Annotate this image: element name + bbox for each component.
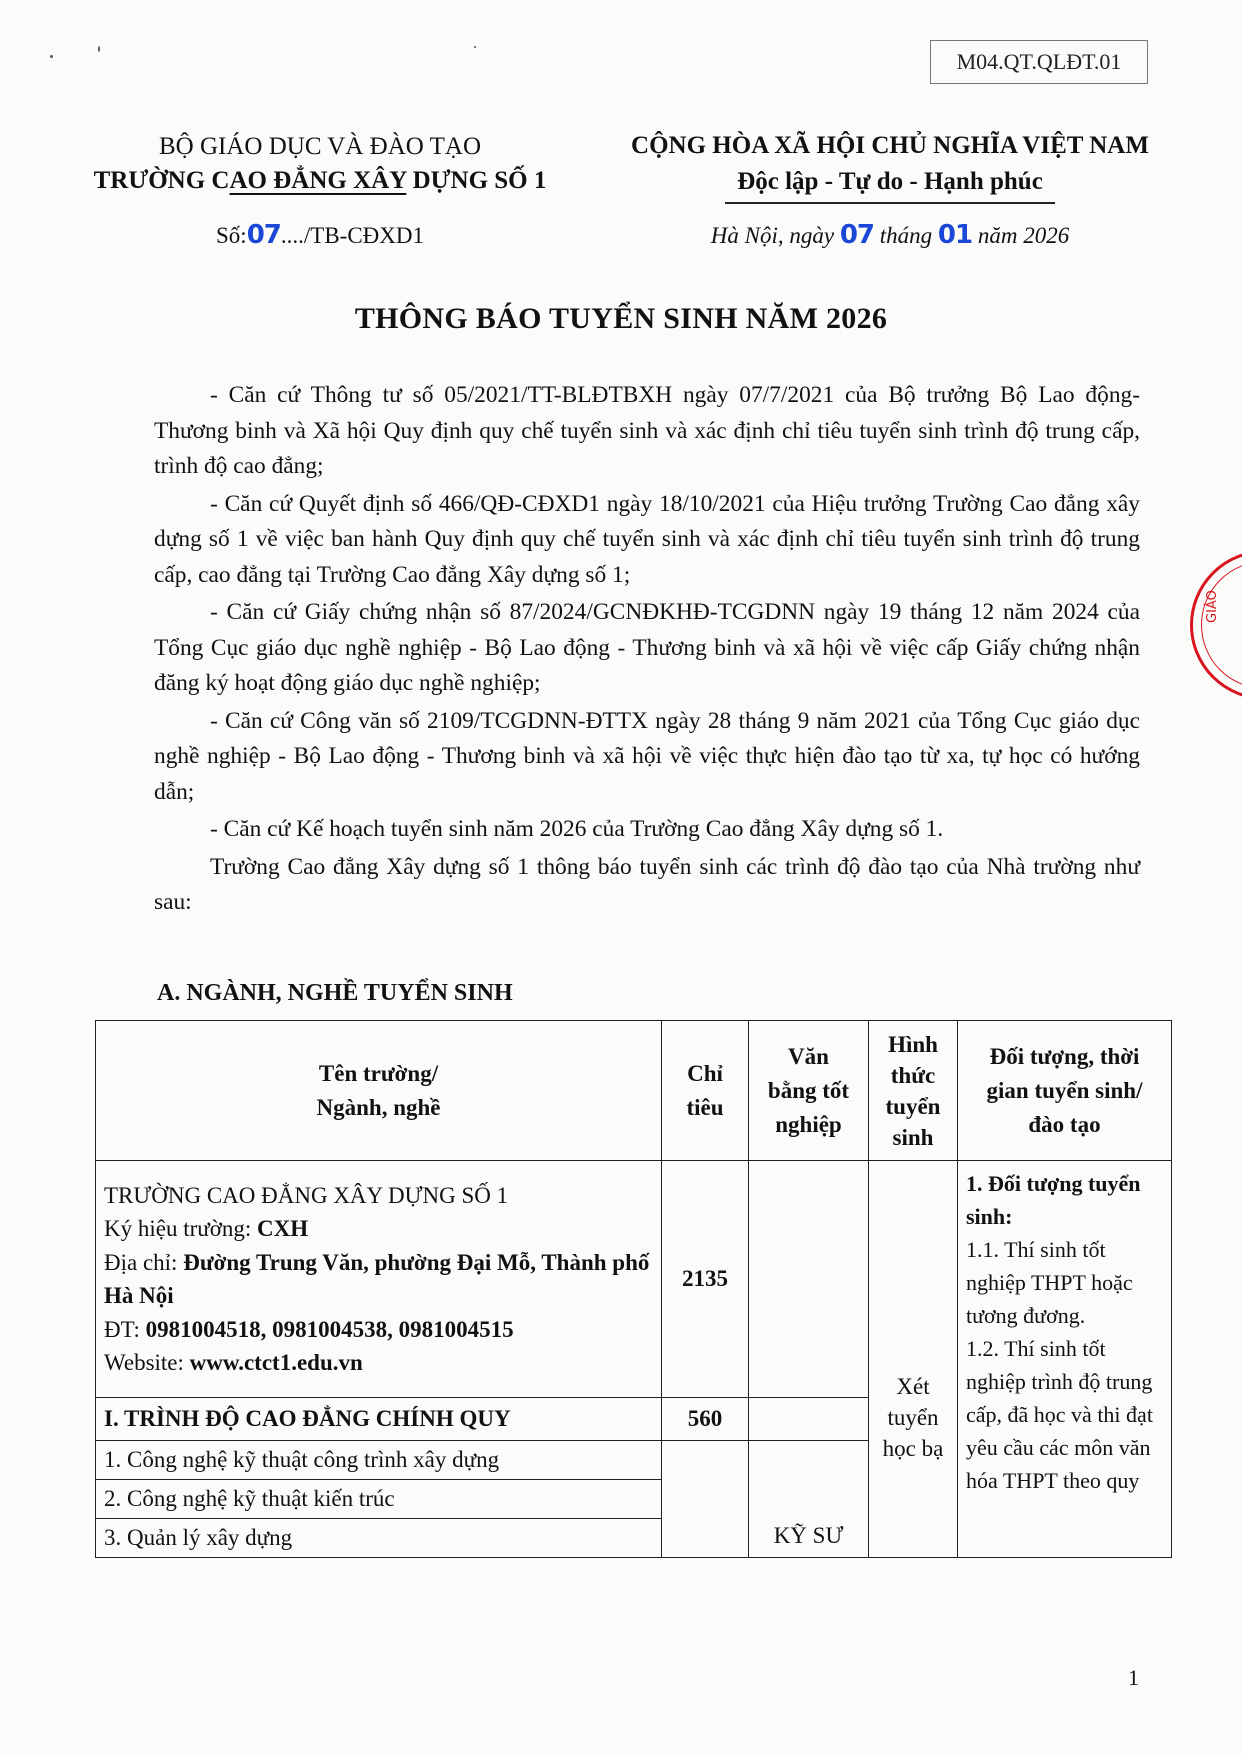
target-item: 1.1. Thí sinh tốt nghiệp THPT hoặc tương…: [966, 1233, 1163, 1332]
form-code-box: M04.QT.QLĐT.01: [930, 40, 1148, 84]
value: 0981004518, 0981004538, 0981004515: [146, 1317, 514, 1342]
school-website: Website: www.ctct1.edu.vn: [104, 1346, 653, 1380]
header-text: tiêu: [670, 1091, 740, 1125]
program-name: 2. Công nghệ kỹ thuật kiến trúc: [96, 1480, 662, 1519]
method-cell: Xét tuyển học bạ: [869, 1161, 958, 1558]
paragraph: - Căn cứ Công văn số 2109/TCGDNN-ĐTTX ng…: [154, 704, 1140, 811]
scan-speck: [50, 55, 53, 58]
school-name-part: TRƯỜNG C: [94, 167, 230, 194]
col-header-quota: Chỉtiêu: [662, 1021, 749, 1161]
col-header-method: Hìnhthứctuyểnsinh: [869, 1021, 958, 1161]
page-number: 1: [1128, 1665, 1139, 1691]
document-title: THÔNG BÁO TUYỂN SINH NĂM 2026: [0, 302, 1242, 336]
header-text: Đối tượng, thời: [966, 1040, 1163, 1074]
col-header-name: Tên trường/Ngành, nghề: [96, 1021, 662, 1161]
scan-speck: [98, 46, 100, 52]
table-header-row: Tên trường/Ngành, nghề Chỉtiêu Vănbằng t…: [96, 1021, 1172, 1161]
legal-basis-section: - Căn cứ Thông tư số 05/2021/TT-BLĐTBXH …: [154, 378, 1140, 921]
paragraph: - Căn cứ Thông tư số 05/2021/TT-BLĐTBXH …: [154, 378, 1140, 485]
paragraph: Trường Cao đẳng Xây dựng số 1 thông báo …: [154, 850, 1140, 921]
header-text: nghiệp: [757, 1108, 860, 1142]
method-text: học bạ: [877, 1433, 949, 1464]
admission-table: Tên trường/Ngành, nghề Chỉtiêu Vănbằng t…: [95, 1020, 1172, 1558]
header-text: Ngành, nghề: [104, 1091, 653, 1125]
value: CXH: [257, 1216, 308, 1241]
paragraph: - Căn cứ Kế hoạch tuyển sinh năm 2026 củ…: [154, 812, 1140, 848]
issuer-header: BỘ GIÁO DỤC VÀ ĐÀO TẠO TRƯỜNG CAO ĐẲNG X…: [60, 130, 580, 198]
section-heading-a: A. NGÀNH, NGHỀ TUYỂN SINH: [157, 980, 513, 1007]
website-link[interactable]: www.ctct1.edu.vn: [190, 1350, 363, 1375]
document-number: Số:07..../TB-CĐXD1: [60, 220, 580, 250]
level-name: I. TRÌNH ĐỘ CAO ĐẲNG CHÍNH QUY: [96, 1398, 662, 1441]
paragraph: - Căn cứ Giấy chứng nhận số 87/2024/GCNĐ…: [154, 595, 1140, 702]
target-item: 1.2. Thí sinh tốt nghiệp trình độ trung …: [966, 1332, 1163, 1497]
school-name-part: DỰNG SỐ 1: [406, 167, 546, 194]
handwritten-day: 07: [840, 220, 874, 250]
label: Website:: [104, 1350, 190, 1375]
header-text: Văn: [757, 1040, 860, 1074]
school-code: Ký hiệu trường: CXH: [104, 1212, 653, 1246]
header-text: sinh: [877, 1122, 949, 1153]
red-seal-stamp: GIÁO: [1190, 550, 1242, 700]
method-text: Xét: [877, 1371, 949, 1402]
method-text: tuyển: [877, 1402, 949, 1433]
scan-speck: [474, 46, 476, 48]
empty-cell: [749, 1161, 869, 1398]
national-header: CỘNG HÒA XÃ HỘI CHỦ NGHĨA VIỆT NAM Độc l…: [590, 128, 1190, 204]
col-header-target: Đối tượng, thờigian tuyển sinh/đào tạo: [958, 1021, 1172, 1161]
school-address: Địa chỉ: Đường Trung Văn, phường Đại Mỗ,…: [104, 1246, 653, 1313]
stamp-text: GIÁO: [1205, 590, 1220, 623]
empty-cell: [749, 1398, 869, 1441]
motto-underline: [725, 202, 1055, 204]
header-text: tuyển: [877, 1091, 949, 1122]
nation-name: CỘNG HÒA XÃ HỘI CHỦ NGHĨA VIỆT NAM: [590, 128, 1190, 164]
header-text: đào tạo: [966, 1108, 1163, 1142]
target-cell: 1. Đối tượng tuyển sinh: 1.1. Thí sinh t…: [958, 1161, 1172, 1558]
ministry-name: BỘ GIÁO DỤC VÀ ĐÀO TẠO: [60, 130, 580, 164]
date-place: Hà Nội, ngày: [711, 223, 840, 248]
header-text: Tên trường/: [104, 1057, 653, 1091]
label: Ký hiệu trường:: [104, 1216, 257, 1241]
header-text: Hình: [877, 1029, 949, 1060]
school-info-cell: TRƯỜNG CAO ĐẲNG XÂY DỰNG SỐ 1 Ký hiệu tr…: [96, 1161, 662, 1398]
program-name: 3. Quản lý xây dựng: [96, 1519, 662, 1558]
header-text: bằng tốt: [757, 1074, 860, 1108]
label: ĐT:: [104, 1317, 146, 1342]
program-quota-cell: [662, 1441, 749, 1558]
label: Địa chỉ:: [104, 1250, 183, 1275]
national-motto: Độc lập - Tự do - Hạnh phúc: [590, 164, 1190, 200]
paragraph: - Căn cứ Quyết định số 466/QĐ-CĐXD1 ngày…: [154, 487, 1140, 594]
date-year: năm 2026: [972, 223, 1069, 248]
degree-cell: KỸ SƯ: [749, 1441, 869, 1558]
value: Đường Trung Văn, phường Đại Mỗ, Thành ph…: [104, 1250, 649, 1309]
doc-number-label: Số:: [216, 223, 247, 248]
school-name-header: TRƯỜNG CAO ĐẲNG XÂY DỰNG SỐ 1: [60, 164, 580, 198]
handwritten-doc-number: 07: [247, 220, 281, 250]
school-quota: 2135: [662, 1161, 749, 1398]
school-name: TRƯỜNG CAO ĐẲNG XÂY DỰNG SỐ 1: [104, 1179, 653, 1213]
school-name-underlined: AO ĐẲNG XÂY: [229, 167, 406, 194]
school-phone: ĐT: 0981004518, 0981004538, 0981004515: [104, 1313, 653, 1347]
table-row-school: TRƯỜNG CAO ĐẲNG XÂY DỰNG SỐ 1 Ký hiệu tr…: [96, 1161, 1172, 1398]
target-heading: 1. Đối tượng tuyển sinh:: [966, 1167, 1163, 1233]
date-month-label: tháng: [874, 223, 938, 248]
header-text: gian tuyển sinh/: [966, 1074, 1163, 1108]
stamp-inner-ring: [1201, 561, 1242, 689]
program-name: 1. Công nghệ kỹ thuật công trình xây dựn…: [96, 1441, 662, 1480]
level-quota: 560: [662, 1398, 749, 1441]
doc-number-suffix: ..../TB-CĐXD1: [281, 223, 424, 248]
header-text: thức: [877, 1060, 949, 1091]
header-text: Chỉ: [670, 1057, 740, 1091]
col-header-degree: Vănbằng tốtnghiệp: [749, 1021, 869, 1161]
handwritten-month: 01: [938, 220, 972, 250]
document-date: Hà Nội, ngày 07 tháng 01 năm 2026: [590, 220, 1190, 250]
